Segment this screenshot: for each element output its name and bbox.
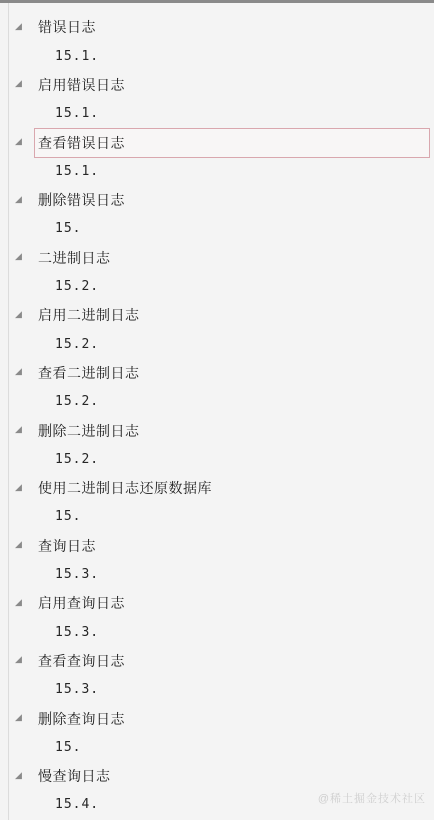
tree-item[interactable]: ◢启用二进制日志 [0,301,434,330]
tree-item-label-box: 查看错误日志 [34,128,430,158]
tree-expanded-triangle-icon[interactable]: ◢ [15,79,27,88]
tree-subitem[interactable]: 15. [0,503,434,532]
tree-subitem-number: 15.1. [55,106,99,121]
tree-expanded-triangle-icon[interactable]: ◢ [15,367,27,376]
tree-subitem[interactable]: 15.1. [0,99,434,128]
tree-item-label-box: 使用二进制日志还原数据库 [34,474,212,502]
tree-subitem[interactable]: 15.2. [0,445,434,474]
tree-subitem-number: 15.4. [55,797,99,812]
tree-subitem-number: 15.3. [55,682,99,697]
tree-subitem-number: 15.3. [55,567,99,582]
tree-item-label-box: 查看查询日志 [34,647,125,675]
tree-item-label: 查看错误日志 [38,133,125,153]
tree-item-label: 删除查询日志 [38,709,125,729]
tree-item-label: 删除二进制日志 [38,421,140,441]
tree-subitem-number: 15.1. [55,164,99,179]
tree-expanded-triangle-icon[interactable]: ◢ [15,598,27,607]
watermark: @稀土掘金技术社区 [318,790,426,806]
tree-item-label: 删除错误日志 [38,190,125,210]
tree-subitem-number: 15.3. [55,625,99,640]
tree-item[interactable]: ◢启用查询日志 [0,589,434,618]
tree-item[interactable]: ◢查询日志 [0,531,434,560]
tree-item[interactable]: ◢查看二进制日志 [0,359,434,388]
tree-item-label-box: 查看二进制日志 [34,359,140,387]
tree-item[interactable]: ◢删除错误日志 [0,186,434,215]
tree-subitem-number: 15.2. [55,279,99,294]
tree-expanded-triangle-icon[interactable]: ◢ [15,540,27,549]
tree-expanded-triangle-icon[interactable]: ◢ [15,425,27,434]
tree-item[interactable]: ◢查看查询日志 [0,647,434,676]
tree-subitem[interactable]: 15.1. [0,157,434,186]
tree-item[interactable]: ◢查看错误日志 [0,128,434,157]
tree-expanded-triangle-icon[interactable]: ◢ [15,137,27,146]
tree-item-label: 启用二进制日志 [38,305,140,325]
tree-item-label: 使用二进制日志还原数据库 [38,478,212,498]
tree-subitem[interactable]: 15.2. [0,330,434,359]
tree-item-label: 错误日志 [38,17,96,37]
tree-list: ◢错误日志15.1.◢启用错误日志15.1.◢查看错误日志15.1.◢删除错误日… [0,3,434,819]
tree-expanded-triangle-icon[interactable]: ◢ [15,195,27,204]
tree-item-label-box: 删除错误日志 [34,186,125,214]
tree-item-label-box: 二进制日志 [34,244,111,272]
tree-subitem-number: 15.2. [55,394,99,409]
tree-item[interactable]: ◢错误日志 [0,13,434,42]
tree-item-label: 查看查询日志 [38,651,125,671]
tree-subitem[interactable]: 15. [0,733,434,762]
tree-item-label-box: 慢查询日志 [34,762,111,790]
tree-subitem-number: 15.2. [55,337,99,352]
tree-subitem[interactable]: 15.2. [0,387,434,416]
tree-subitem-number: 15.2. [55,452,99,467]
tree-item[interactable]: ◢删除查询日志 [0,704,434,733]
tree-item[interactable]: ◢慢查询日志 [0,762,434,791]
tree-item-label-box: 删除查询日志 [34,705,125,733]
tree-subitem[interactable]: 15. [0,215,434,244]
tree-item-label: 查看二进制日志 [38,363,140,383]
tree-item-label: 慢查询日志 [38,766,111,786]
tree-item-label-box: 启用查询日志 [34,589,125,617]
tree-subitem[interactable]: 15.3. [0,618,434,647]
tree-subitem-number: 15. [55,740,81,755]
tree-item-label-box: 启用二进制日志 [34,301,140,329]
tree-subitem[interactable]: 15.2. [0,272,434,301]
tree-subitem-number: 15. [55,509,81,524]
tree-subitem[interactable]: 15.3. [0,675,434,704]
tree-item[interactable]: ◢删除二进制日志 [0,416,434,445]
tree-item[interactable]: ◢二进制日志 [0,243,434,272]
tree-expanded-triangle-icon[interactable]: ◢ [15,483,27,492]
tree-item-label: 查询日志 [38,536,96,556]
tree-expanded-triangle-icon[interactable]: ◢ [15,655,27,664]
tree-subitem-number: 15. [55,221,81,236]
tree-item-label-box: 启用错误日志 [34,71,125,99]
tree-item-label: 二进制日志 [38,248,111,268]
tree-item[interactable]: ◢使用二进制日志还原数据库 [0,474,434,503]
tree-expanded-triangle-icon[interactable]: ◢ [15,310,27,319]
tree-expanded-triangle-icon[interactable]: ◢ [15,771,27,780]
tree-item-label: 启用错误日志 [38,75,125,95]
tree-expanded-triangle-icon[interactable]: ◢ [15,22,27,31]
tree-expanded-triangle-icon[interactable]: ◢ [15,252,27,261]
tree-item-label-box: 错误日志 [34,13,96,41]
tree-item-label-box: 删除二进制日志 [34,417,140,445]
tree-item-label: 启用查询日志 [38,593,125,613]
tree-expanded-triangle-icon[interactable]: ◢ [15,713,27,722]
tree-subitem-number: 15.1. [55,49,99,64]
tree-subitem[interactable]: 15.1. [0,42,434,71]
tree-item-label-box: 查询日志 [34,532,96,560]
tree-subitem[interactable]: 15.3. [0,560,434,589]
tree-item[interactable]: ◢启用错误日志 [0,71,434,100]
